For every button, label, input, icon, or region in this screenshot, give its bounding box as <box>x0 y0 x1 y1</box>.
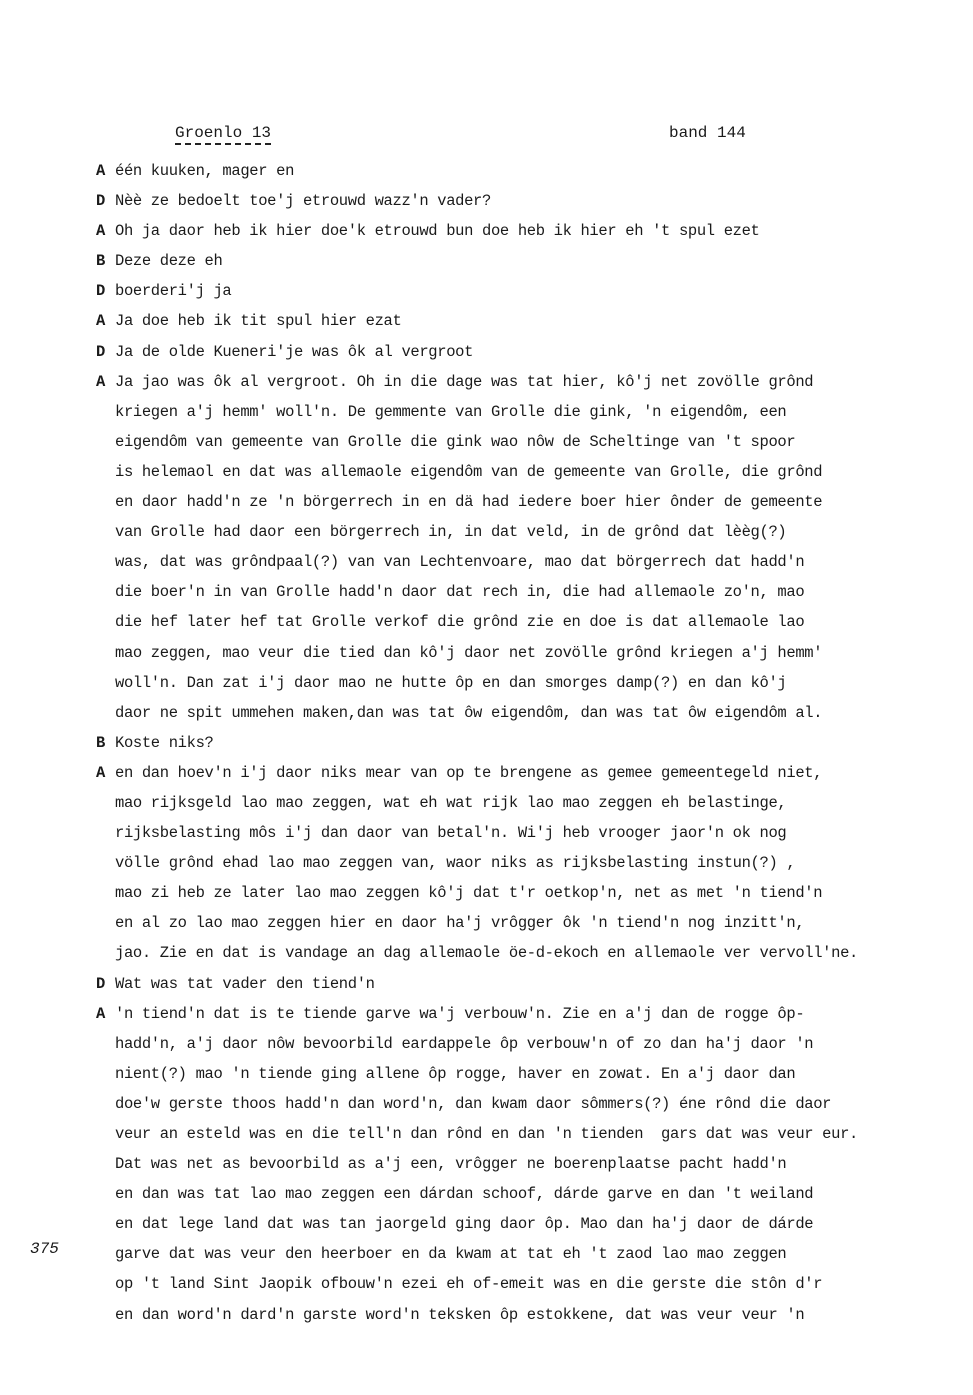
line-text: en dan word'n dard'n garste word'n teksk… <box>115 1306 804 1324</box>
line-text: eigendôm van gemeente van Grolle die gin… <box>115 433 795 451</box>
transcript-line: hadd'n, a'j daor nôw bevoorbild eardappe… <box>96 1029 966 1059</box>
transcript-line: nient(?) mao 'n tiende ging allene ôp ro… <box>96 1059 966 1089</box>
line-text: van Grolle had daor een börgerrech in, i… <box>115 523 786 541</box>
speaker-label: B <box>96 246 115 276</box>
line-text: was, dat was grôndpaal(?) van van Lechte… <box>115 553 804 571</box>
line-text: één kuuken, mager en <box>115 162 294 180</box>
line-text: mao zeggen, mao veur die tied dan kô'j d… <box>115 644 822 662</box>
transcript-line: BKoste niks? <box>96 728 966 758</box>
line-text: Wat was tat vader den tiend'n <box>115 975 375 993</box>
transcript-line: Aéén kuuken, mager en <box>96 156 966 186</box>
transcript-line: DNèè ze bedoelt toe'j etrouwd wazz'n vad… <box>96 186 966 216</box>
line-text: 'n tiend'n dat is te tiende garve wa'j v… <box>115 1005 804 1023</box>
speaker-label: A <box>96 216 115 246</box>
transcript-line: DWat was tat vader den tiend'n <box>96 969 966 999</box>
line-text: is helemaol en dat was allemaole eigendô… <box>115 463 822 481</box>
line-text: Koste niks? <box>115 734 213 752</box>
speaker-label: A <box>96 156 115 186</box>
speaker-label: A <box>96 367 115 397</box>
line-text: völle grônd ehad lao mao zeggen van, wao… <box>115 854 795 872</box>
transcript-line: was, dat was grôndpaal(?) van van Lechte… <box>96 547 966 577</box>
line-text: veur an esteld was en die tell'n dan rôn… <box>115 1125 858 1143</box>
line-text: en dan hoev'n i'j daor niks mear van op … <box>115 764 822 782</box>
transcript-line: woll'n. Dan zat i'j daor mao ne hutte ôp… <box>96 668 966 698</box>
line-text: Ja doe heb ik tit spul hier ezat <box>115 312 401 330</box>
transcript-line: en dan word'n dard'n garste word'n teksk… <box>96 1300 966 1330</box>
transcript-line: DJa de olde Kueneri'je was ôk al vergroo… <box>96 337 966 367</box>
transcript-line: Dboerderi'j ja <box>96 276 966 306</box>
line-text: die hef later hef tat Grolle verkof die … <box>115 613 804 631</box>
line-text: Oh ja daor heb ik hier doe'k etrouwd bun… <box>115 222 760 240</box>
speaker-label: B <box>96 728 115 758</box>
transcript-line: van Grolle had daor een börgerrech in, i… <box>96 517 966 547</box>
line-text: hadd'n, a'j daor nôw bevoorbild eardappe… <box>115 1035 813 1053</box>
line-text: Ja de olde Kueneri'je was ôk al vergroot <box>115 343 473 361</box>
speaker-label: D <box>96 276 115 306</box>
band-label: band 144 <box>669 124 746 142</box>
transcript-line: en daor hadd'n ze 'n börgerrech in en dä… <box>96 487 966 517</box>
line-text: en al zo lao mao zeggen hier en daor ha'… <box>115 914 804 932</box>
transcript-line: rijksbelasting môs i'j dan daor van beta… <box>96 818 966 848</box>
line-text: en daor hadd'n ze 'n börgerrech in en dä… <box>115 493 822 511</box>
line-text: die boer'n in van Grolle hadd'n daor dat… <box>115 583 804 601</box>
line-text: mao zi heb ze later lao mao zeggen kô'j … <box>115 884 822 902</box>
line-text: kriegen a'j hemm' woll'n. De gemmente va… <box>115 403 786 421</box>
line-text: garve dat was veur den heerboer en da kw… <box>115 1245 786 1263</box>
line-text: en dan was tat lao mao zeggen een dárdan… <box>115 1185 813 1203</box>
speaker-label: D <box>96 969 115 999</box>
line-text: Dat was net as bevoorbild as a'j een, vr… <box>115 1155 786 1173</box>
transcript-line: die hef later hef tat Grolle verkof die … <box>96 607 966 637</box>
transcript-line: en al zo lao mao zeggen hier en daor ha'… <box>96 908 966 938</box>
transcript-line: op 't land Sint Jaopik ofbouw'n ezei eh … <box>96 1269 966 1299</box>
line-text: mao rijksgeld lao mao zeggen, wat eh wat… <box>115 794 786 812</box>
transcript-line: doe'w gerste thoos hadd'n dan word'n, da… <box>96 1089 966 1119</box>
line-text: jao. Zie en dat is vandage an dag allema… <box>115 944 858 962</box>
speaker-label: A <box>96 306 115 336</box>
transcript-line: mao rijksgeld lao mao zeggen, wat eh wat… <box>96 788 966 818</box>
transcript-line: die boer'n in van Grolle hadd'n daor dat… <box>96 577 966 607</box>
transcript-line: Aen dan hoev'n i'j daor niks mear van op… <box>96 758 966 788</box>
speaker-label: D <box>96 337 115 367</box>
line-text: Deze deze eh <box>115 252 222 270</box>
transcript-line: völle grônd ehad lao mao zeggen van, wao… <box>96 848 966 878</box>
transcript-page: Groenlo 13 band 144 Aéén kuuken, mager e… <box>0 0 973 1395</box>
transcript-line: BDeze deze eh <box>96 246 966 276</box>
transcript-line: veur an esteld was en die tell'n dan rôn… <box>96 1119 966 1149</box>
line-text: daor ne spit ummehen maken,dan was tat ô… <box>115 704 822 722</box>
line-text: rijksbelasting môs i'j dan daor van beta… <box>115 824 786 842</box>
transcript-line: garve dat was veur den heerboer en da kw… <box>96 1239 966 1269</box>
line-text: woll'n. Dan zat i'j daor mao ne hutte ôp… <box>115 674 786 692</box>
line-text: boerderi'j ja <box>115 282 231 300</box>
transcript-line: mao zeggen, mao veur die tied dan kô'j d… <box>96 638 966 668</box>
transcript-line: AJa doe heb ik tit spul hier ezat <box>96 306 966 336</box>
place-label: Groenlo 13 <box>175 124 271 145</box>
transcript-line: AOh ja daor heb ik hier doe'k etrouwd bu… <box>96 216 966 246</box>
transcript-line: en dan was tat lao mao zeggen een dárdan… <box>96 1179 966 1209</box>
transcript-line: kriegen a'j hemm' woll'n. De gemmente va… <box>96 397 966 427</box>
document-header-place: Groenlo 13 <box>175 124 271 142</box>
margin-note: 375 <box>30 1240 59 1258</box>
transcript-line: A'n tiend'n dat is te tiende garve wa'j … <box>96 999 966 1029</box>
transcript-line: is helemaol en dat was allemaole eigendô… <box>96 457 966 487</box>
transcript-line: jao. Zie en dat is vandage an dag allema… <box>96 938 966 968</box>
speaker-label: A <box>96 999 115 1029</box>
transcript-line: en dat lege land dat was tan jaorgeld gi… <box>96 1209 966 1239</box>
line-text: Ja jao was ôk al vergroot. Oh in die dag… <box>115 373 813 391</box>
transcript-line: daor ne spit ummehen maken,dan was tat ô… <box>96 698 966 728</box>
transcript-line: AJa jao was ôk al vergroot. Oh in die da… <box>96 367 966 397</box>
speaker-label: D <box>96 186 115 216</box>
transcript-line: eigendôm van gemeente van Grolle die gin… <box>96 427 966 457</box>
line-text: op 't land Sint Jaopik ofbouw'n ezei eh … <box>115 1275 822 1293</box>
transcript-body: Aéén kuuken, mager enDNèè ze bedoelt toe… <box>96 156 966 1330</box>
line-text: Nèè ze bedoelt toe'j etrouwd wazz'n vade… <box>115 192 491 210</box>
line-text: nient(?) mao 'n tiende ging allene ôp ro… <box>115 1065 795 1083</box>
line-text: doe'w gerste thoos hadd'n dan word'n, da… <box>115 1095 831 1113</box>
transcript-line: mao zi heb ze later lao mao zeggen kô'j … <box>96 878 966 908</box>
speaker-label: A <box>96 758 115 788</box>
transcript-line: Dat was net as bevoorbild as a'j een, vr… <box>96 1149 966 1179</box>
line-text: en dat lege land dat was tan jaorgeld gi… <box>115 1215 813 1233</box>
